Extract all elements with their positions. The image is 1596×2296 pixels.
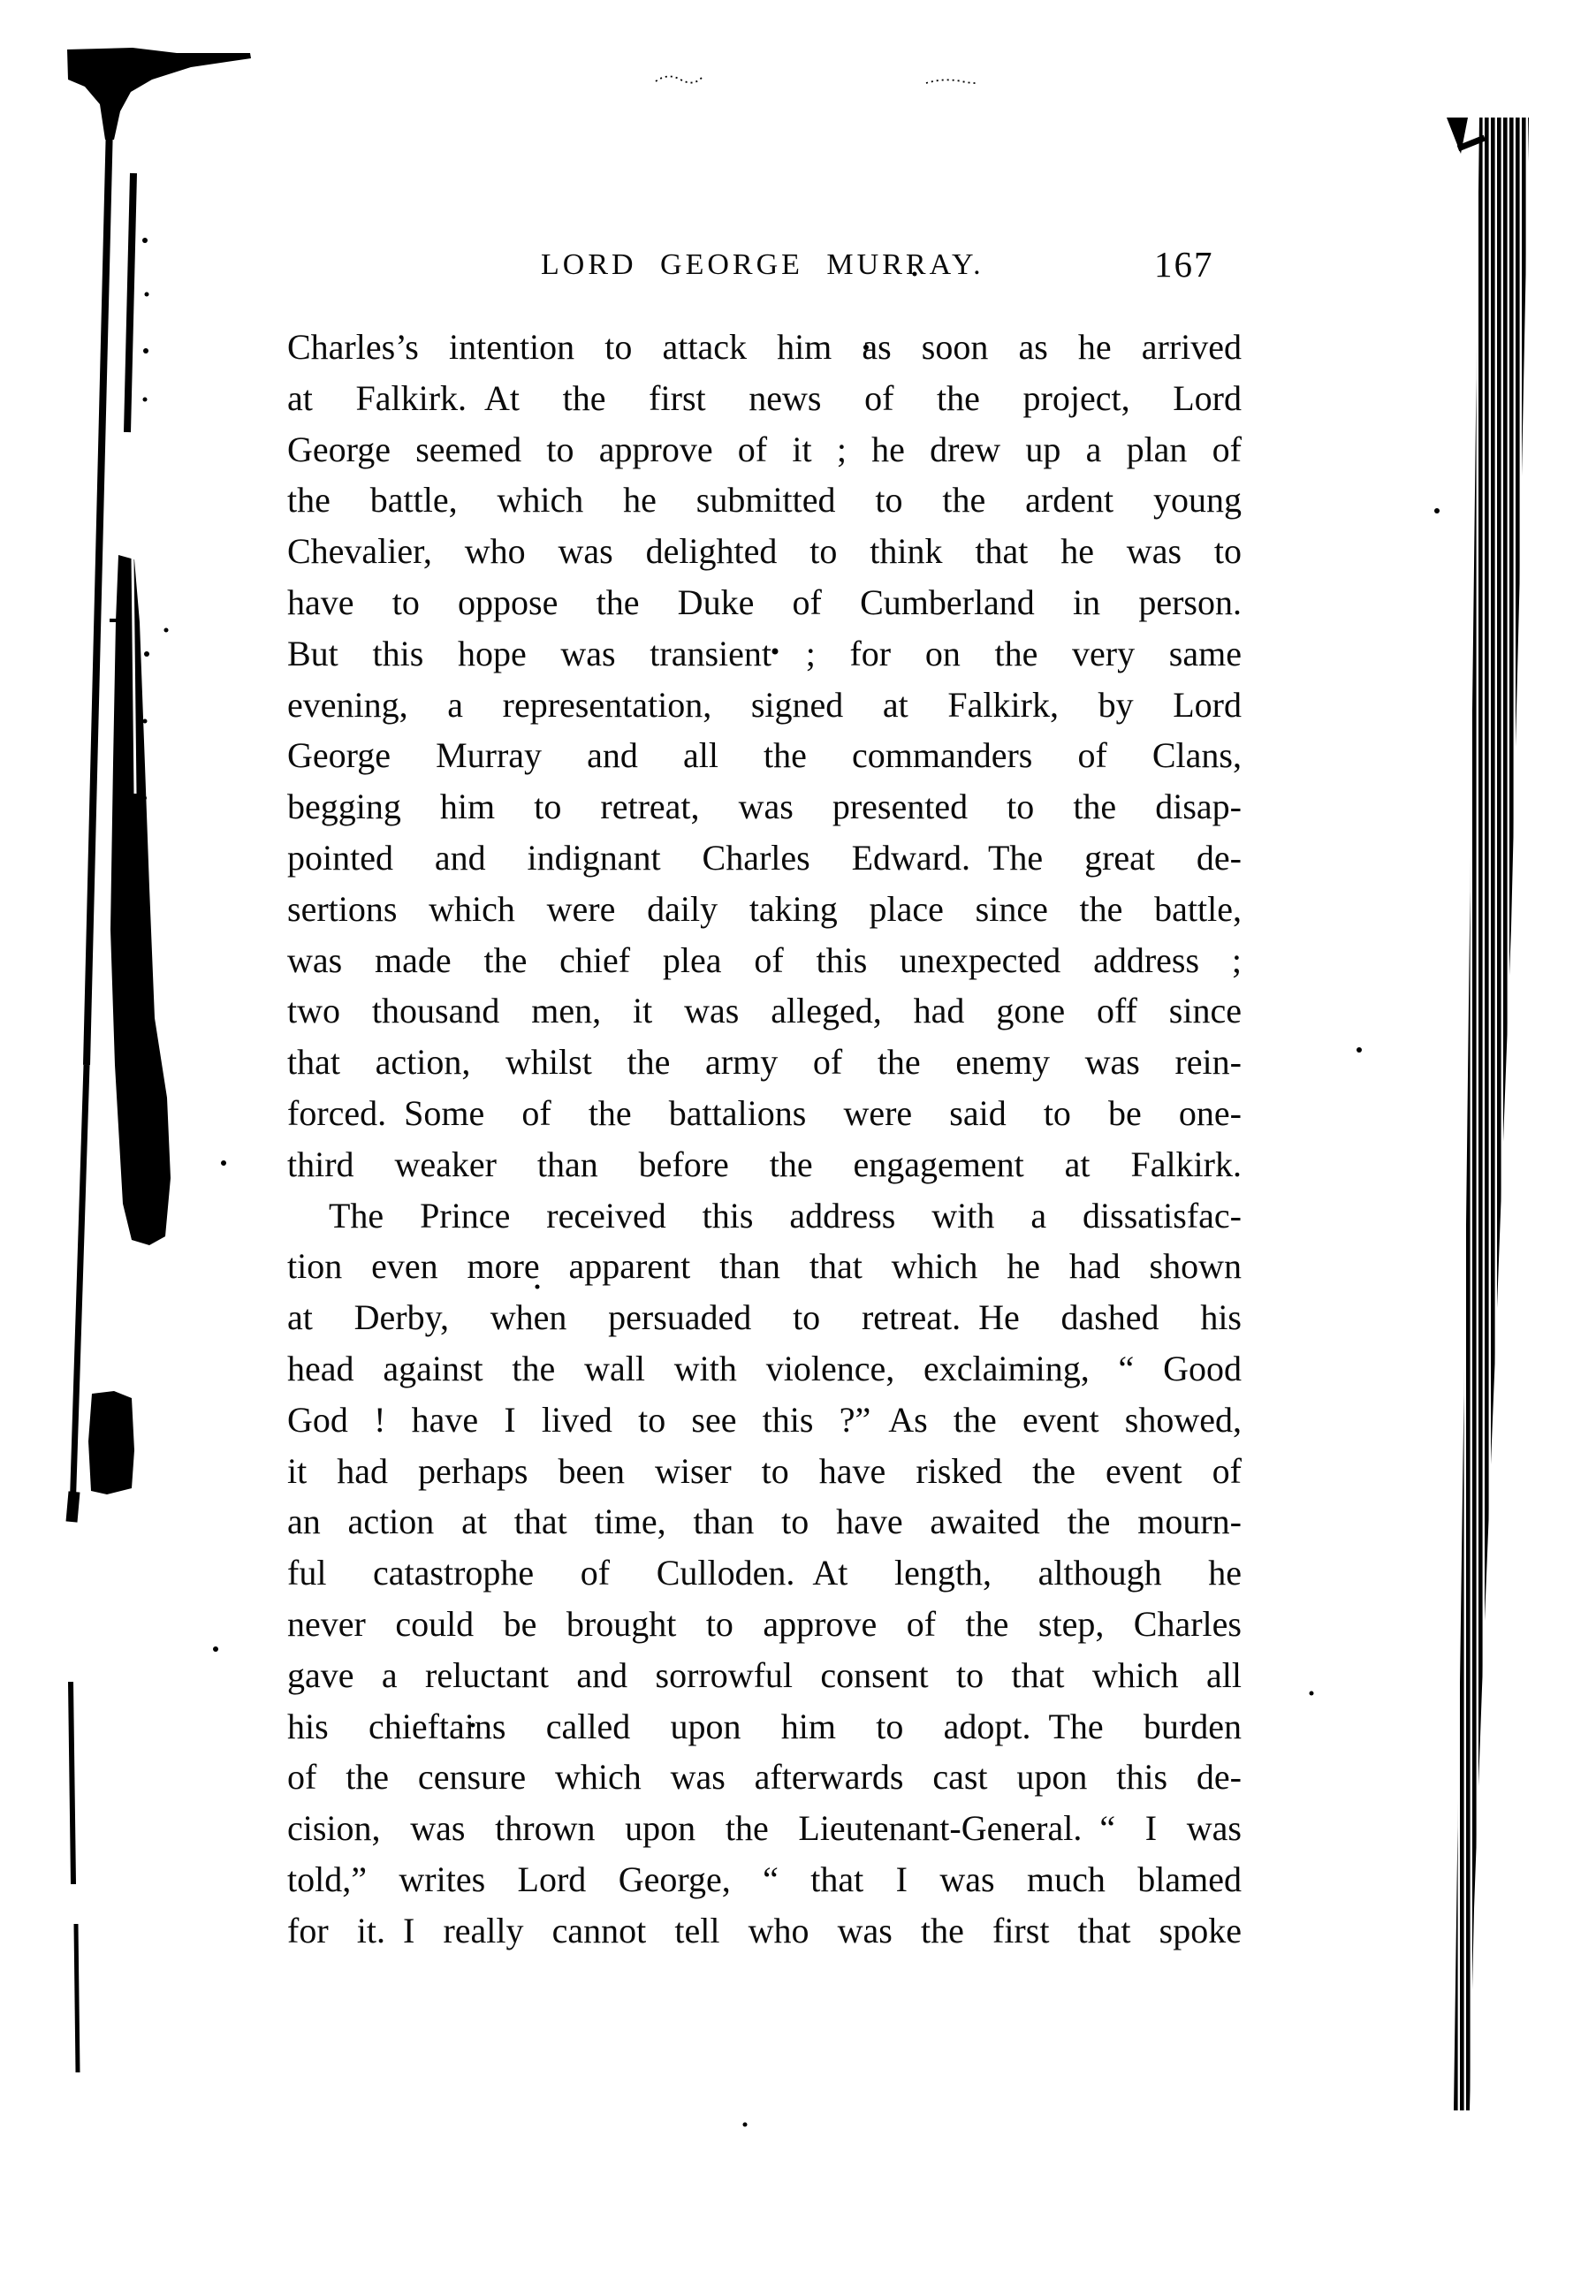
text-line: God ! have I lived to see this ?” As the…: [287, 1395, 1242, 1446]
binding-crease-line: [87, 124, 110, 1065]
scan-speck: [221, 1160, 226, 1166]
text-line: for it. I really cannot tell who was the…: [287, 1905, 1242, 1957]
text-line: it had perhaps been wiser to have risked…: [287, 1446, 1242, 1497]
ink-blob-left-large: [110, 555, 171, 1245]
scan-speck: [141, 954, 147, 959]
scan-speck: [143, 348, 148, 354]
page-edge-shadow: [1454, 118, 1529, 2110]
scan-speck: [141, 1034, 146, 1038]
scan-speck: [141, 795, 147, 801]
text-line: that action, whilst the army of the enem…: [287, 1037, 1242, 1088]
scan-speck: [143, 398, 148, 402]
scan-scribble: [926, 80, 977, 83]
scan-speck: [142, 238, 148, 243]
binding-crease-end: [72, 1492, 74, 1522]
page-edge-dash: [1458, 138, 1485, 148]
text-line: evening, a representation, signed at Fal…: [287, 680, 1242, 731]
page-number: 167: [1154, 243, 1214, 285]
text-line: cision, was thrown upon the Lieutenant-G…: [287, 1803, 1242, 1854]
text-line: pointed and indignant Charles Edward. Th…: [287, 832, 1242, 884]
text-line: never could be brought to approve of the…: [287, 1599, 1242, 1650]
scan-speck: [1434, 508, 1440, 513]
text-line: an action at that time, than to have awa…: [287, 1496, 1242, 1547]
text-line: at Derby, when persuaded to retreat. He …: [287, 1292, 1242, 1343]
text-line: begging him to retreat, was presented to…: [287, 781, 1242, 832]
page-edge-corner-mark: [1447, 118, 1468, 154]
scan-speck: [164, 628, 169, 633]
text-line: ful catastrophe of Culloden. At length, …: [287, 1547, 1242, 1599]
scan-speck: [213, 1646, 218, 1652]
binding-crease-line: [71, 1682, 73, 1884]
text-line: sertions which were daily taking place s…: [287, 884, 1242, 935]
text-line: was made the chief plea of this unexpect…: [287, 935, 1242, 986]
scan-speck: [140, 1113, 145, 1118]
text-line: Chevalier, who was delighted to think th…: [287, 526, 1242, 577]
binding-crease-line: [127, 173, 133, 432]
scan-speck: [743, 2123, 748, 2127]
text-line: two thousand men, it was alleged, had go…: [287, 985, 1242, 1037]
text-line: forced. Some of the battalions were said…: [287, 1088, 1242, 1139]
text-line: George Murray and all the commanders of …: [287, 730, 1242, 781]
running-header: LORD GEORGE MURRAY.: [541, 248, 984, 282]
text-line: at Falkirk. At the first news of the pro…: [287, 373, 1242, 424]
text-line: George seemed to approve of it ; he drew…: [287, 424, 1242, 475]
text-line: told,” writes Lord George, “ that I was …: [287, 1854, 1242, 1905]
text-line: third weaker than before the engagement …: [287, 1139, 1242, 1190]
scan-speck: [1310, 1692, 1314, 1696]
ink-smudge-top-left: [67, 48, 251, 140]
scan-speck: [143, 874, 148, 878]
text-line: tion even more apparent than that which …: [287, 1241, 1242, 1292]
binding-crease-line: [72, 1065, 87, 1513]
ink-blob-left-small: [88, 1391, 134, 1494]
text-line: The Prince received this address with a …: [287, 1190, 1242, 1242]
text-line: the battle, which he submitted to the ar…: [287, 475, 1242, 526]
text-line: head against the wall with violence, exc…: [287, 1343, 1242, 1395]
scan-speck: [143, 719, 148, 724]
text-line: of the censure which was afterwards cast…: [287, 1752, 1242, 1803]
text-line: Charles’s intention to attack him as soo…: [287, 322, 1242, 373]
scan-speck: [145, 293, 149, 297]
scan-speck: [1357, 1047, 1362, 1053]
binding-crease-line: [76, 1924, 78, 2072]
scan-scribble: [656, 76, 702, 82]
text-line: his chieftains called upon him to adopt.…: [287, 1701, 1242, 1752]
scan-speck: [144, 651, 149, 657]
book-page: LORD GEORGE MURRAY. 167 Charles’s intent…: [0, 0, 1596, 2296]
text-line: have to oppose the Duke of Cumberland in…: [287, 577, 1242, 628]
text-line: But this hope was transient ; for on the…: [287, 628, 1242, 680]
page-text: Charles’s intention to attack him as soo…: [287, 322, 1242, 1957]
text-line: gave a reluctant and sorrowful consent t…: [287, 1650, 1242, 1701]
ink-blob-highlight: [133, 557, 135, 794]
